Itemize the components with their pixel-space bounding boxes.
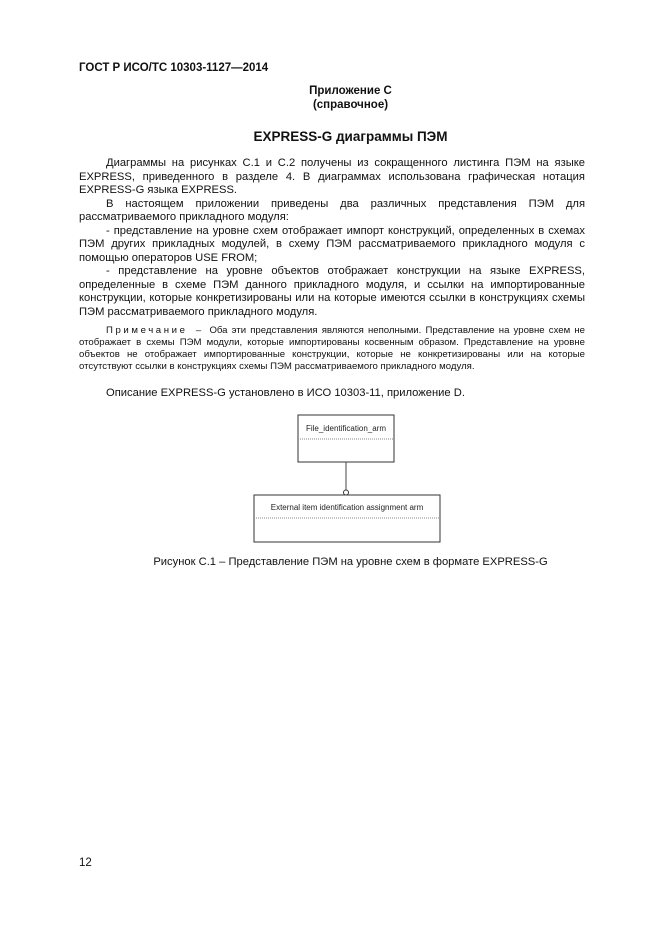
figure-caption: Рисунок С.1 – Представление ПЭМ на уровн… (0, 556, 661, 568)
entity-external-item-identification-assignment: External item identification assignment … (254, 495, 440, 542)
entity-name: File_identification_arm (306, 424, 386, 433)
page-number: 12 (79, 857, 92, 869)
entity-name: External item identification assignment … (271, 503, 424, 512)
express-g-diagram: File_identification_arm External item id… (0, 0, 661, 936)
relation-end-circle (344, 490, 349, 495)
entity-file-identification: File_identification_arm (298, 415, 394, 462)
